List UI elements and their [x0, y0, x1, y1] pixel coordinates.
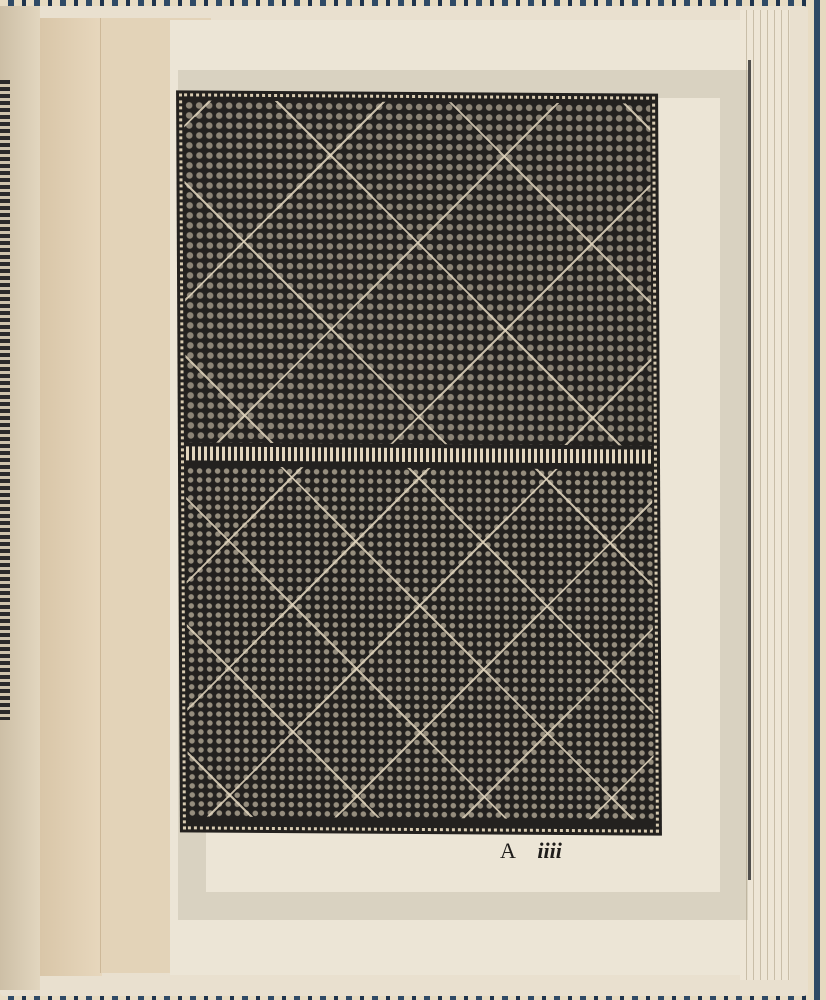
lace-pattern-woodcut [176, 90, 662, 835]
signature-number: iiii [537, 838, 561, 863]
star-lattice-panel [184, 100, 652, 445]
diamond-lattice-panel [186, 466, 654, 819]
signature-mark: A iiii [500, 838, 562, 864]
page-edge-shadow [748, 60, 751, 880]
signature-letter: A [500, 838, 516, 863]
left-page-woodcut-edge [0, 80, 10, 720]
book-gutter [40, 18, 102, 976]
